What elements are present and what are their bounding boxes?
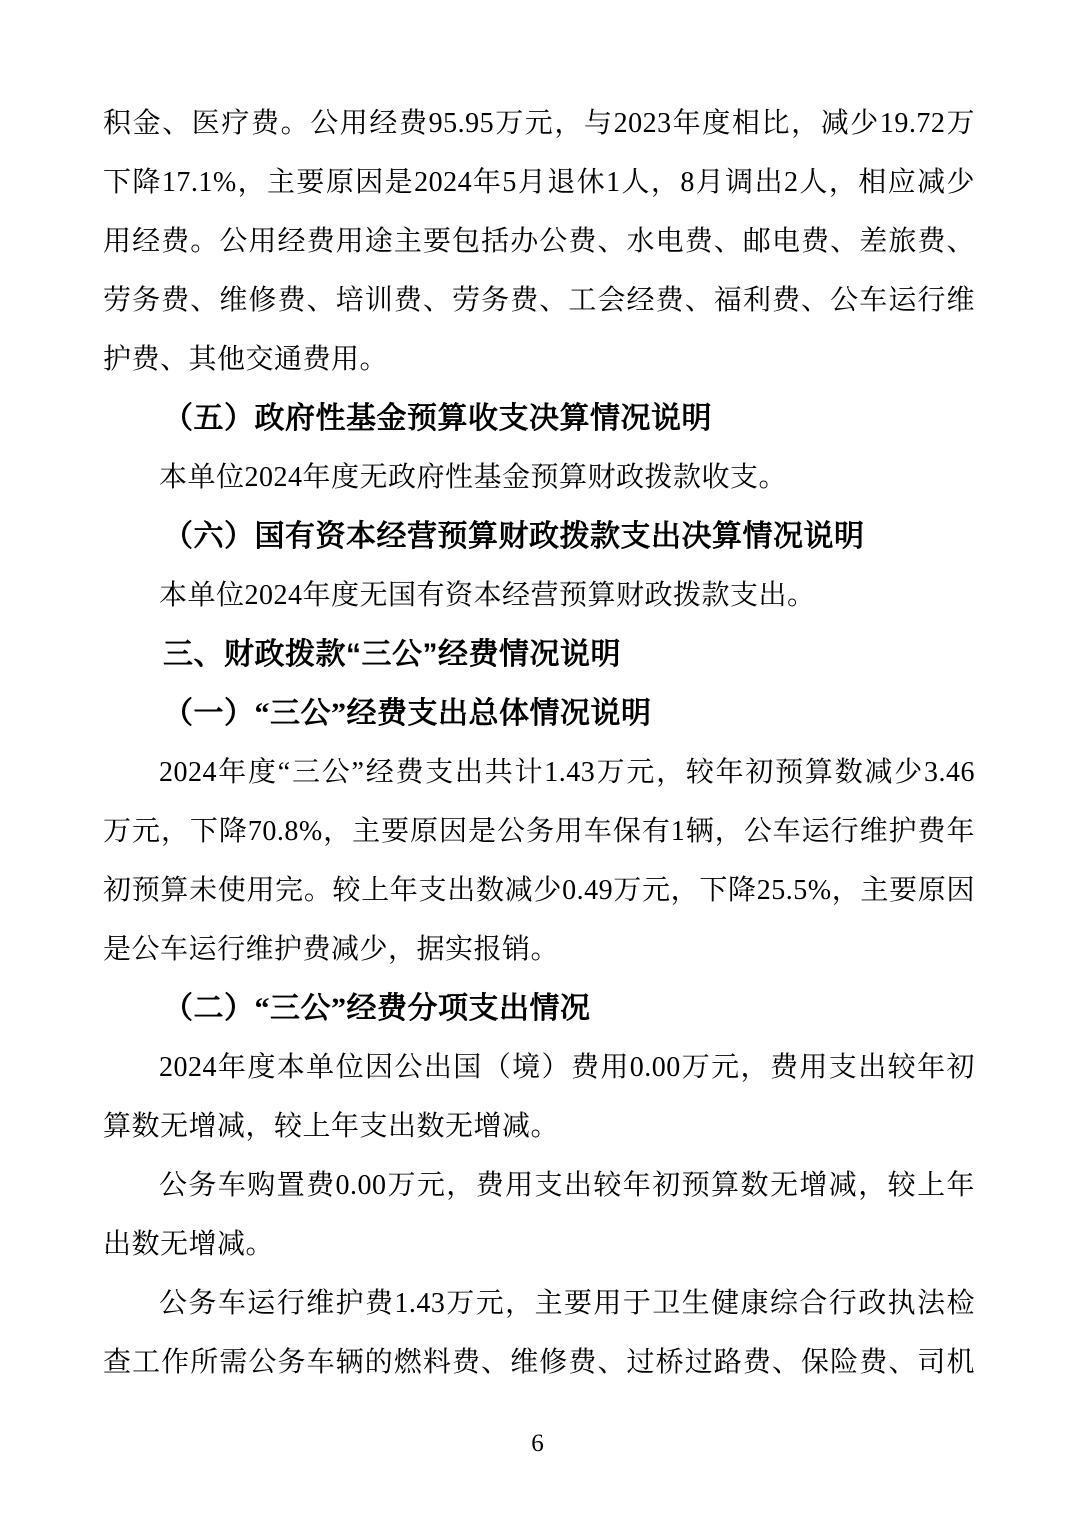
text-line: 是公车运行维护费减少，据实报销。 xyxy=(103,920,975,979)
subsection-heading: （一）“三公”经费支出总体情况说明 xyxy=(103,684,975,743)
text-line: 万元，下降70.8%，主要原因是公务用车保有1辆，公车运行维护费年 xyxy=(103,802,975,861)
subsection-heading: （五）政府性基金预算收支决算情况说明 xyxy=(103,389,975,448)
paragraph: 本单位2024年度无国有资本经营预算财政拨款支出。 xyxy=(103,566,975,625)
section-heading: 三、财政拨款“三公”经费情况说明 xyxy=(103,625,975,684)
text-line: 积金、医疗费。公用经费95.95万元，与2023年度相比，减少19.72万元， xyxy=(103,94,975,153)
text-line: 初预算未使用完。较上年支出数减少0.49万元，下降25.5%，主要原因 xyxy=(103,861,975,920)
text-line: 查工作所需公务车辆的燃料费、维修费、过桥过路费、保险费、司机 xyxy=(103,1333,975,1392)
text-line: 下降17.1%，主要原因是2024年5月退休1人，8月调出2人，相应减少公 xyxy=(103,153,975,212)
paragraph: 积金、医疗费。公用经费95.95万元，与2023年度相比，减少19.72万元，下… xyxy=(103,94,975,389)
paragraph: 本单位2024年度无政府性基金预算财政拨款收支。 xyxy=(103,448,975,507)
paragraph: 公务车购置费0.00万元，费用支出较年初预算数无增减，较上年支出数无增减。 xyxy=(103,1156,975,1274)
text-line: 劳务费、维修费、培训费、劳务费、工会经费、福利费、公车运行维 xyxy=(103,271,975,330)
paragraph: 公务车运行维护费1.43万元，主要用于卫生健康综合行政执法检查工作所需公务车辆的… xyxy=(103,1274,975,1392)
subsection-heading: （六）国有资本经营预算财政拨款支出决算情况说明 xyxy=(103,507,975,566)
document-body: 积金、医疗费。公用经费95.95万元，与2023年度相比，减少19.72万元，下… xyxy=(103,94,975,1392)
text-line: 本单位2024年度无政府性基金预算财政拨款收支。 xyxy=(103,448,975,507)
text-line: 公务车运行维护费1.43万元，主要用于卫生健康综合行政执法检 xyxy=(103,1274,975,1333)
paragraph: 2024年度“三公”经费支出共计1.43万元，较年初预算数减少3.46万元，下降… xyxy=(103,743,975,979)
text-line: 用经费。公用经费用途主要包括办公费、水电费、邮电费、差旅费、 xyxy=(103,212,975,271)
text-line: 算数无增减，较上年支出数无增减。 xyxy=(103,1097,975,1156)
document-page: 积金、医疗费。公用经费95.95万元，与2023年度相比，减少19.72万元，下… xyxy=(0,0,1075,1520)
text-line: 护费、其他交通费用。 xyxy=(103,330,975,389)
subsection-heading: （二）“三公”经费分项支出情况 xyxy=(103,979,975,1038)
text-line: 2024年度“三公”经费支出共计1.43万元，较年初预算数减少3.46 xyxy=(103,743,975,802)
text-line: 本单位2024年度无国有资本经营预算财政拨款支出。 xyxy=(103,566,975,625)
text-line: 出数无增减。 xyxy=(103,1215,975,1274)
text-line: 公务车购置费0.00万元，费用支出较年初预算数无增减，较上年支 xyxy=(103,1156,975,1215)
paragraph: 2024年度本单位因公出国（境）费用0.00万元，费用支出较年初预算数无增减，较… xyxy=(103,1038,975,1156)
page-number: 6 xyxy=(0,1424,1075,1464)
text-line: 2024年度本单位因公出国（境）费用0.00万元，费用支出较年初预 xyxy=(103,1038,975,1097)
